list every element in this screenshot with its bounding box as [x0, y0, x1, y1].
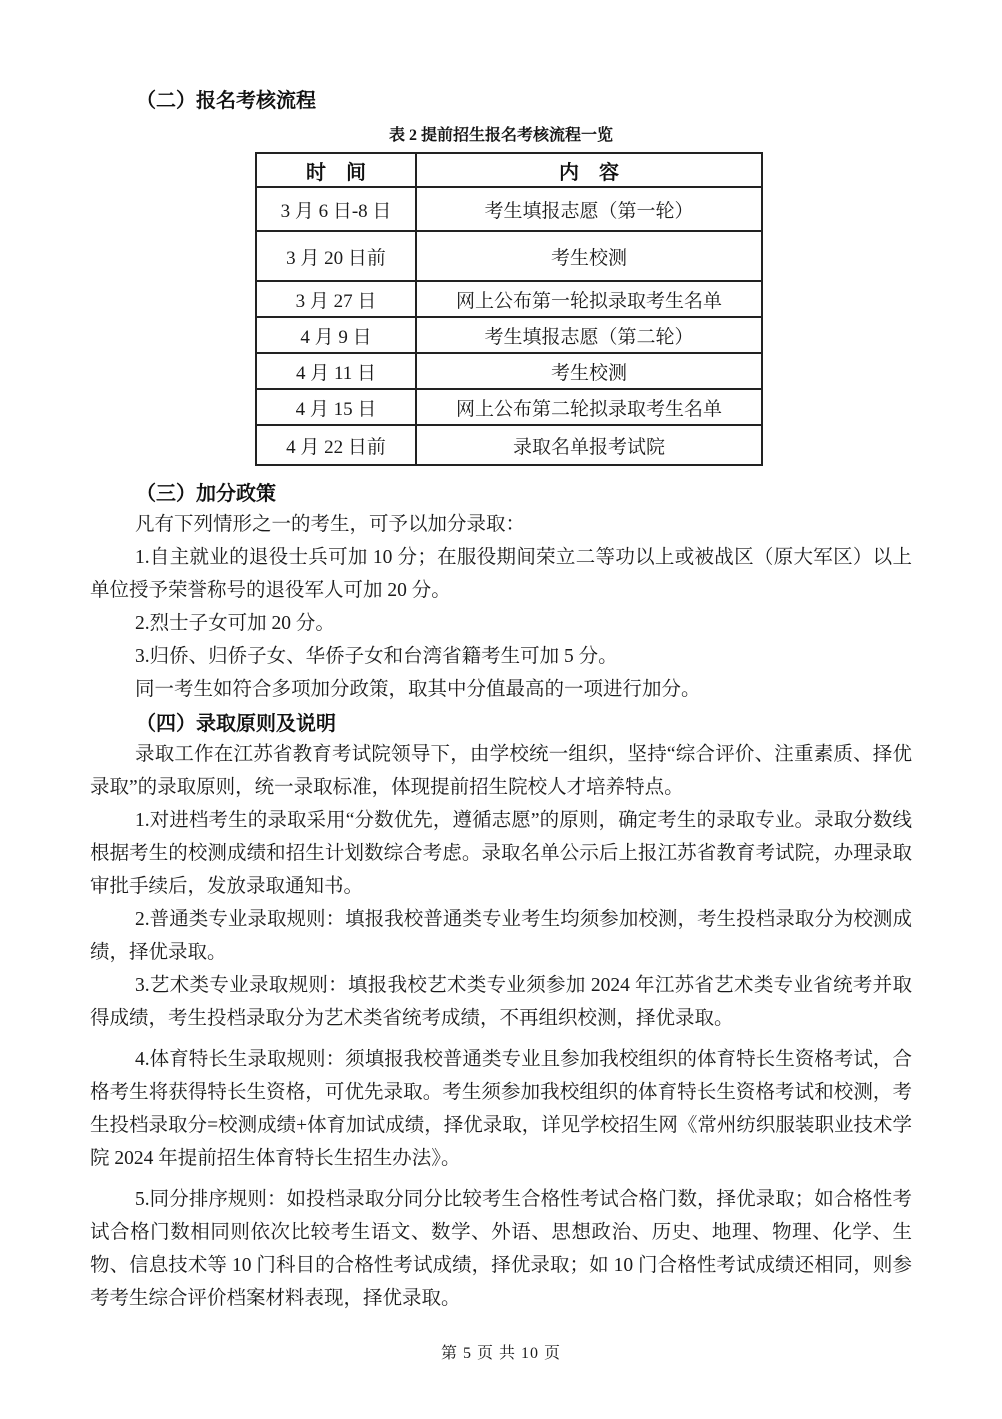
- cell-content: 考生校测: [416, 231, 762, 281]
- table-row: 4 月 15 日 网上公布第二轮拟录取考生名单: [256, 389, 762, 425]
- paragraph: 凡有下列情形之一的考生，可予以加分录取：: [90, 508, 912, 541]
- paragraph: 2.烈士子女可加 20 分。: [90, 607, 912, 640]
- table-row: 4 月 11 日 考生校测: [256, 353, 762, 389]
- cell-content: 考生校测: [416, 353, 762, 389]
- table-row: 4 月 9 日 考生填报志愿（第二轮）: [256, 317, 762, 353]
- table-header-row: 时 间 内 容: [256, 153, 762, 187]
- cell-content: 考生填报志愿（第一轮）: [416, 187, 762, 231]
- cell-time: 4 月 15 日: [256, 389, 416, 425]
- section-heading-application-process: （二）报名考核流程: [90, 88, 912, 112]
- paragraph: 5.同分排序规则：如投档录取分同分比较考生合格性考试合格门数，择优录取；如合格性…: [90, 1183, 912, 1315]
- cell-time: 3 月 6 日-8 日: [256, 187, 416, 231]
- cell-time: 4 月 22 日前: [256, 425, 416, 465]
- section-heading-bonus-policy: （三）加分政策: [90, 478, 912, 508]
- schedule-table: 时 间 内 容 3 月 6 日-8 日 考生填报志愿（第一轮） 3 月 20 日…: [255, 152, 763, 466]
- paragraph: 3.归侨、归侨子女、华侨子女和台湾省籍考生可加 5 分。: [90, 640, 912, 673]
- cell-time: 3 月 20 日前: [256, 231, 416, 281]
- table-row: 3 月 20 日前 考生校测: [256, 231, 762, 281]
- cell-time: 4 月 11 日: [256, 353, 416, 389]
- table-row: 3 月 27 日 网上公布第一轮拟录取考生名单: [256, 281, 762, 317]
- section-heading-admission-principles: （四）录取原则及说明: [90, 708, 912, 738]
- table-row: 4 月 22 日前 录取名单报考试院: [256, 425, 762, 465]
- cell-time: 3 月 27 日: [256, 281, 416, 317]
- cell-time: 4 月 9 日: [256, 317, 416, 353]
- column-header-time: 时 间: [256, 153, 416, 187]
- column-header-content: 内 容: [416, 153, 762, 187]
- cell-content: 网上公布第二轮拟录取考生名单: [416, 389, 762, 425]
- cell-content: 录取名单报考试院: [416, 425, 762, 465]
- paragraph: 4.体育特长生录取规则：须填报我校普通类专业且参加我校组织的体育特长生资格考试，…: [90, 1043, 912, 1175]
- table-row: 3 月 6 日-8 日 考生填报志愿（第一轮）: [256, 187, 762, 231]
- cell-content: 网上公布第一轮拟录取考生名单: [416, 281, 762, 317]
- paragraph: 2.普通类专业录取规则：填报我校普通类专业考生均须参加校测，考生投档录取分为校测…: [90, 903, 912, 969]
- paragraph: 1.对进档考生的录取采用“分数优先，遵循志愿”的原则，确定考生的录取专业。录取分…: [90, 804, 912, 903]
- paragraph: 录取工作在江苏省教育考试院领导下，由学校统一组织，坚持“综合评价、注重素质、择优…: [90, 738, 912, 804]
- cell-content: 考生填报志愿（第二轮）: [416, 317, 762, 353]
- paragraph: 同一考生如符合多项加分政策，取其中分值最高的一项进行加分。: [90, 673, 912, 706]
- document-page: （二）报名考核流程 表 2 提前招生报名考核流程一览 时 间 内 容 3 月 6…: [0, 0, 1002, 1419]
- page-footer: 第 5 页 共 10 页: [0, 1340, 1002, 1363]
- paragraph: 1.自主就业的退役士兵可加 10 分；在服役期间荣立二等功以上或被战区（原大军区…: [90, 541, 912, 607]
- paragraph: 3.艺术类专业录取规则：填报我校艺术类专业须参加 2024 年江苏省艺术类专业省…: [90, 969, 912, 1035]
- table-caption: 表 2 提前招生报名考核流程一览: [90, 126, 912, 146]
